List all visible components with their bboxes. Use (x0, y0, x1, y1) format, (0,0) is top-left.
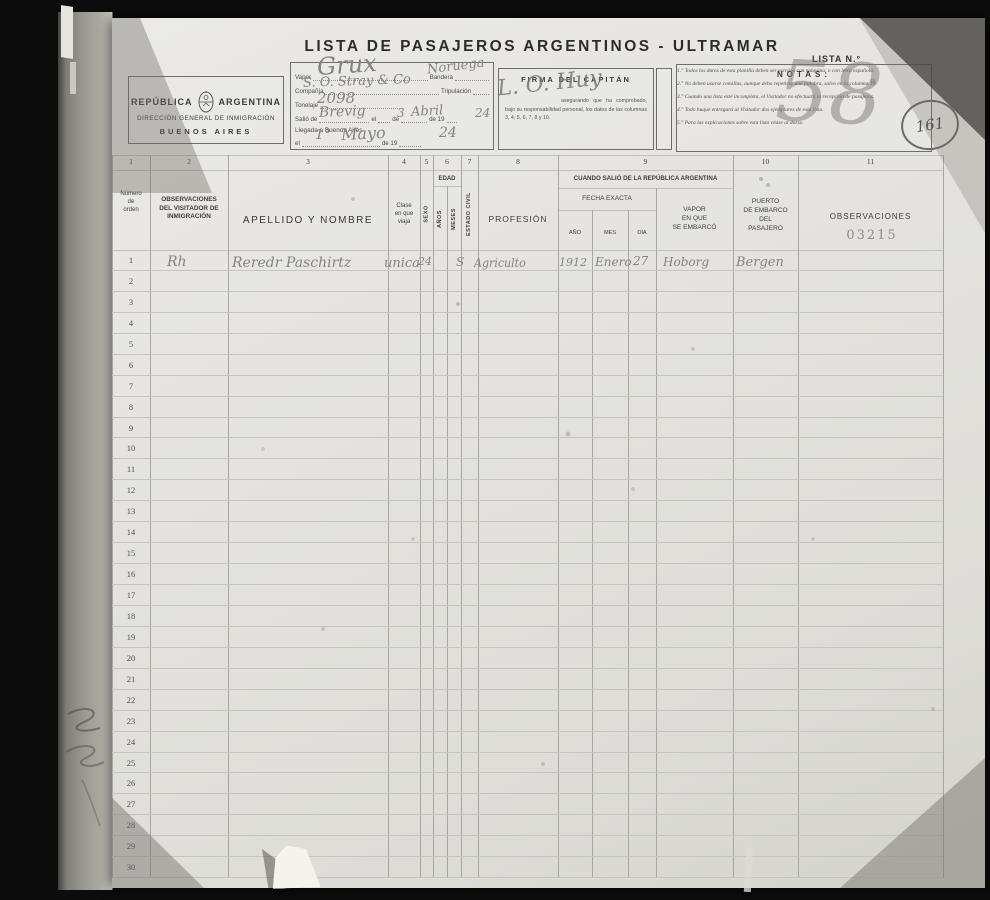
handwritten-salio-month: Abril (411, 103, 444, 120)
table-row: 29 (112, 836, 943, 857)
table-row: 21 (112, 669, 943, 690)
salio-de-label: Salió de (295, 116, 317, 123)
row1-salida-ano: 1912 (559, 256, 587, 269)
header-profesion: PROFESIÓN (478, 214, 558, 225)
table-row: 4 (112, 313, 943, 334)
table-row: 25 (112, 753, 943, 774)
row-number: 15 (112, 544, 150, 558)
row-number: 9 (112, 419, 150, 433)
header-sexo: SEXO (420, 178, 433, 250)
header-edad: EDAD (433, 175, 461, 183)
column-number: 4 (388, 157, 420, 166)
salio-day-field (378, 115, 390, 123)
column-number: 11 (798, 157, 943, 166)
table-row: 26 (112, 773, 943, 794)
grid-line (112, 155, 943, 156)
row-number: 10 (112, 439, 150, 453)
table-row: 24 (112, 732, 943, 753)
row1-profesion: Agriculto (474, 256, 526, 270)
stamp-number: 03215 (812, 228, 932, 243)
table-row: 9 (112, 418, 943, 439)
paper-streak (744, 846, 753, 892)
el-label: el (371, 116, 376, 123)
scanned-ledger-photo: LISTA DE PASAJEROS ARGENTINOS - ULTRAMAR… (0, 0, 990, 900)
row-number: 5 (112, 335, 150, 349)
column-number: 3 (228, 157, 388, 166)
handwritten-llegada-year: 24 (439, 125, 457, 141)
narrow-spacer-box (656, 68, 672, 150)
handwritten-salio-port: Brevig (319, 103, 366, 121)
table-row: 15 (112, 543, 943, 564)
table-row: 12 (112, 480, 943, 501)
handwritten-salio-year: 24 (475, 106, 490, 120)
row1-vapor: Hoborg (663, 255, 709, 269)
table-row: 5 (112, 334, 943, 355)
ship-details-box: Vapor Bandera Compañía Tripulación Tonel… (290, 62, 494, 150)
row-number: 16 (112, 565, 150, 579)
paper-edge-fragment (70, 62, 76, 94)
header-observaciones-visitador: OBSERVACIONES DEL VISITADOR DE INMIGRACI… (150, 196, 228, 222)
table-row: 10 (112, 438, 943, 459)
table-row: 2 (112, 271, 943, 292)
table-row: 27 (112, 794, 943, 815)
pencil-page-number: 58 (774, 41, 886, 144)
folio-number-text: 161 (914, 114, 945, 136)
tripulacion-field (473, 87, 489, 95)
table-row: 13 (112, 501, 943, 522)
org-name-right: ARGENTINA (219, 97, 282, 107)
table-row: 23 (112, 711, 943, 732)
table-row: 16 (112, 564, 943, 585)
row-number: 26 (112, 774, 150, 788)
column-number: 7 (461, 157, 478, 166)
table-row: 7 (112, 376, 943, 397)
row-number: 1 (112, 251, 150, 265)
table-row: 28 (112, 815, 943, 836)
column-number: 8 (478, 157, 558, 166)
header-vapor-embarco: VAPOR EN QUE SE EMBARCÓ (656, 206, 733, 233)
row1-clase: unica (384, 256, 420, 271)
table-row: 6 (112, 355, 943, 376)
captain-signature-box: FIRMA DEL CAPITÁN asegurando que ha comp… (498, 68, 654, 150)
row-number: 14 (112, 523, 150, 537)
handwritten-salio-day: 3 (397, 106, 405, 120)
row-number: 3 (112, 293, 150, 307)
header-numero-orden: Número de orden (112, 190, 150, 214)
header-fecha-exacta: FECHA EXACTA (558, 195, 656, 204)
header-observaciones: OBSERVACIONES (798, 212, 943, 223)
row-number: 24 (112, 733, 150, 747)
header-dia: DÍA (628, 230, 656, 238)
row-number: 2 (112, 272, 150, 286)
binding-ink-bleed (60, 700, 110, 830)
el-label: el (295, 140, 300, 147)
row-number: 22 (112, 691, 150, 705)
table-row: 22 (112, 690, 943, 711)
coat-of-arms-icon (198, 91, 214, 113)
row-number: 13 (112, 502, 150, 516)
table-row: 3 (112, 292, 943, 313)
bandera-field (455, 73, 489, 81)
captain-box-text: asegurando que ha comprobado, bajo su re… (505, 97, 647, 123)
header-meses: MESES (447, 190, 461, 248)
row-number: 23 (112, 712, 150, 726)
column-number: 5 (420, 157, 433, 166)
row1-salida-mes: Enero (595, 255, 632, 269)
paper-edge-fragment (61, 5, 73, 59)
grid-line (558, 210, 656, 211)
header-apellido-nombre: APELLIDO Y NOMBRE (228, 214, 388, 228)
book-binding-edge (58, 12, 113, 890)
header-cuando-salio: CUANDO SALIÓ DE LA REPÚBLICA ARGENTINA (558, 175, 733, 183)
grid-line (112, 170, 943, 171)
header-puerto-embarco: PUERTO DE EMBARCO DEL PASAJERO (733, 198, 798, 234)
row1-salida-dia: 27 (633, 254, 648, 268)
handwritten-llegada-month: Mayo (341, 123, 387, 144)
row1-puerto: Bergen (736, 255, 784, 270)
row-number: 19 (112, 628, 150, 642)
row1-visitador-mark: Rh (167, 254, 187, 270)
row-number: 12 (112, 481, 150, 495)
row-number: 25 (112, 754, 150, 768)
table-row: 17 (112, 585, 943, 606)
ledger-page: LISTA DE PASAJEROS ARGENTINOS - ULTRAMAR… (112, 18, 985, 888)
table-row: 30 (112, 857, 943, 878)
grid-line (558, 188, 733, 189)
column-number: 9 (558, 157, 733, 166)
tonelaje-label: Tonelaje (295, 102, 318, 109)
column-number: 6 (433, 157, 461, 166)
table-row: 19 (112, 627, 943, 648)
column-number: 10 (733, 157, 798, 166)
row-number: 18 (112, 607, 150, 621)
row-number: 21 (112, 670, 150, 684)
row-number: 17 (112, 586, 150, 600)
grid-line (943, 155, 944, 878)
row1-name: Reredr Paschirtz (232, 255, 351, 271)
handwritten-llegada-day: 1° (315, 127, 331, 143)
row-number: 4 (112, 314, 150, 328)
row-number: 20 (112, 649, 150, 663)
header-ano: AÑO (558, 230, 592, 238)
table-row: 8 (112, 397, 943, 418)
table-row: 20 (112, 648, 943, 669)
table-row: 11 (112, 459, 943, 480)
row-number: 11 (112, 460, 150, 474)
table-row: 14 (112, 522, 943, 543)
table-row: 18 (112, 606, 943, 627)
row-number: 8 (112, 398, 150, 412)
table-body-rows: 1234567891011121314151617181920212223242… (112, 250, 943, 878)
llegada-year-field (399, 139, 421, 147)
header-estado-civil: ESTADO CIVIL (461, 178, 478, 250)
row1-edad: 24 (418, 255, 432, 268)
tripulacion-label: Tripulación (441, 88, 471, 95)
header-clase: Clase en que viaja (388, 202, 420, 226)
header-anos: AÑOS (433, 190, 447, 248)
salio-year-field (447, 115, 457, 123)
header-mes: MES (592, 230, 628, 238)
row-number: 6 (112, 356, 150, 370)
row1-estado-civil: S (456, 255, 464, 269)
row-number: 7 (112, 377, 150, 391)
